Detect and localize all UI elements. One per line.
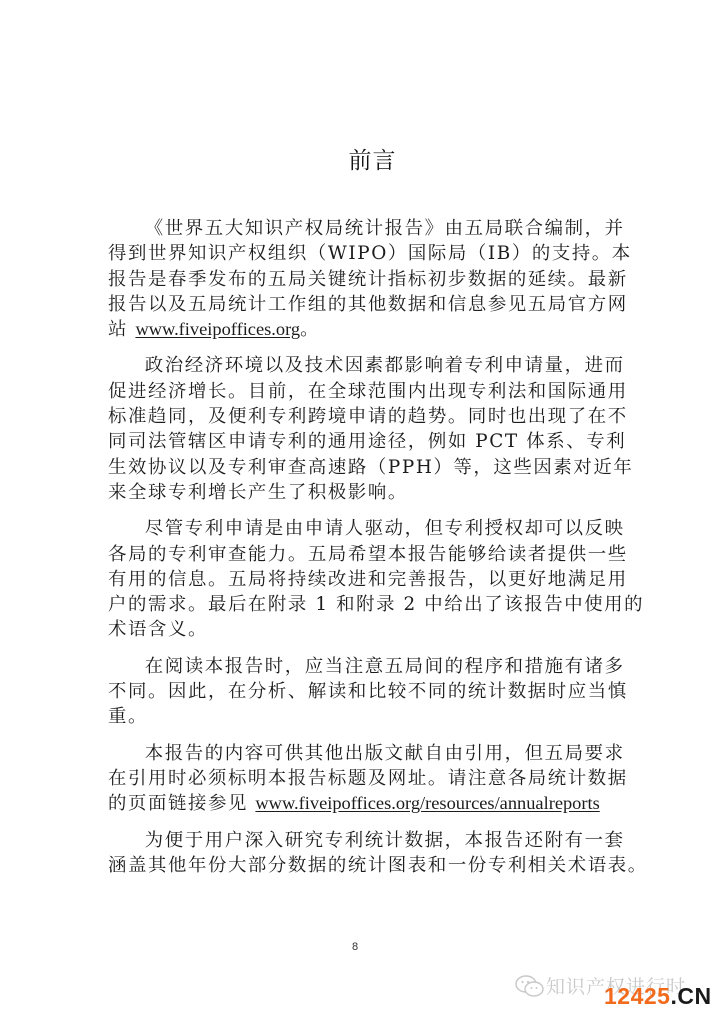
text-line: 不同。因此，在分析、解读和比较不同的统计数据时应当慎	[108, 679, 616, 704]
text-line: 标准趋同，及便利专利跨境申请的趋势。同时也出现了在不	[108, 404, 616, 429]
text-line: 来全球专利增长产生了积极影响。	[108, 480, 616, 505]
text-line: 报告以及五局统计工作组的其他数据和信息参见五局官方网	[108, 292, 616, 317]
link-suffix: 。	[300, 319, 320, 340]
page-number: 8	[352, 941, 358, 953]
paragraph-capability: 尽管专利申请是由申请人驱动，但专利授权却可以反映 各局的专利审查能力。五局希望本…	[108, 516, 616, 642]
paragraph-appendix: 为便于用户深入研究专利统计数据，本报告还附有一套 涵盖其他年份大部分数据的统计图…	[108, 828, 616, 879]
page-title: 前言	[0, 142, 720, 175]
body-text: 《世界五大知识产权局统计报告》由五局联合编制，并 得到世界知识产权组织（WIPO…	[108, 216, 616, 889]
text-line-with-link: 站 www.fiveipoffices.org。	[108, 317, 616, 342]
paragraph-citation: 本报告的内容可供其他出版文献自由引用，但五局要求 在引用时必须标明本报告标题及网…	[108, 741, 616, 817]
watermark-brand: 12425.CN	[604, 983, 712, 1010]
paragraph-environment: 政治经济环境以及技术因素都影响着专利申请量，进而 促进经济增长。目前，在全球范围…	[108, 353, 616, 505]
text-line: 生效协议以及专利审查高速路（PPH）等，这些因素对近年	[108, 455, 616, 480]
annual-reports-link[interactable]: www.fiveipoffices.org/resources/annualre…	[255, 793, 599, 813]
paragraph-caution: 在阅读本报告时，应当注意五局间的程序和措施有诸多 不同。因此，在分析、解读和比较…	[108, 654, 616, 730]
text-line: 在阅读本报告时，应当注意五局间的程序和措施有诸多	[108, 654, 616, 679]
text-line: 政治经济环境以及技术因素都影响着专利申请量，进而	[108, 353, 616, 378]
text-line: 在引用时必须标明本报告标题及网址。请注意各局统计数据	[108, 766, 616, 791]
text-line: 同司法管辖区申请专利的通用途径，例如 PCT 体系、专利	[108, 429, 616, 454]
text-line-with-link: 的页面链接参见 www.fiveipoffices.org/resources/…	[108, 791, 616, 816]
text-line: 涵盖其他年份大部分数据的统计图表和一份专利相关术语表。	[108, 853, 616, 878]
brand-number: 12425	[604, 983, 670, 1009]
document-page: 前言 《世界五大知识产权局统计报告》由五局联合编制，并 得到世界知识产权组织（W…	[0, 0, 720, 1019]
text-line: 术语含义。	[108, 617, 616, 642]
text-line: 各局的专利审查能力。五局希望本报告能够给读者提供一些	[108, 542, 616, 567]
fiveipoffices-link[interactable]: www.fiveipoffices.org	[135, 319, 300, 339]
text-line: 本报告的内容可供其他出版文献自由引用，但五局要求	[108, 741, 616, 766]
link-prefix: 的页面链接参见	[108, 793, 255, 814]
brand-tld: .CN	[670, 983, 711, 1009]
text-line: 尽管专利申请是由申请人驱动，但专利授权却可以反映	[108, 516, 616, 541]
text-line: 有用的信息。五局将持续改进和完善报告，以更好地满足用	[108, 567, 616, 592]
watermark: 知识产权进行时 12425.CN	[512, 970, 712, 1010]
paragraph-intro: 《世界五大知识产权局统计报告》由五局联合编制，并 得到世界知识产权组织（WIPO…	[108, 216, 616, 342]
text-line: 报告是春季发布的五局关键统计指标初步数据的延续。最新	[108, 267, 616, 292]
text-line: 重。	[108, 704, 616, 729]
text-line: 得到世界知识产权组织（WIPO）国际局（IB）的支持。本	[108, 241, 616, 266]
wechat-icon	[514, 974, 546, 1000]
text-line: 《世界五大知识产权局统计报告》由五局联合编制，并	[108, 216, 616, 241]
text-line: 促进经济增长。目前，在全球范围内出现专利法和国际通用	[108, 379, 616, 404]
link-prefix: 站	[108, 319, 135, 340]
text-line: 为便于用户深入研究专利统计数据，本报告还附有一套	[108, 828, 616, 853]
text-line: 户的需求。最后在附录 1 和附录 2 中给出了该报告中使用的	[108, 592, 616, 617]
